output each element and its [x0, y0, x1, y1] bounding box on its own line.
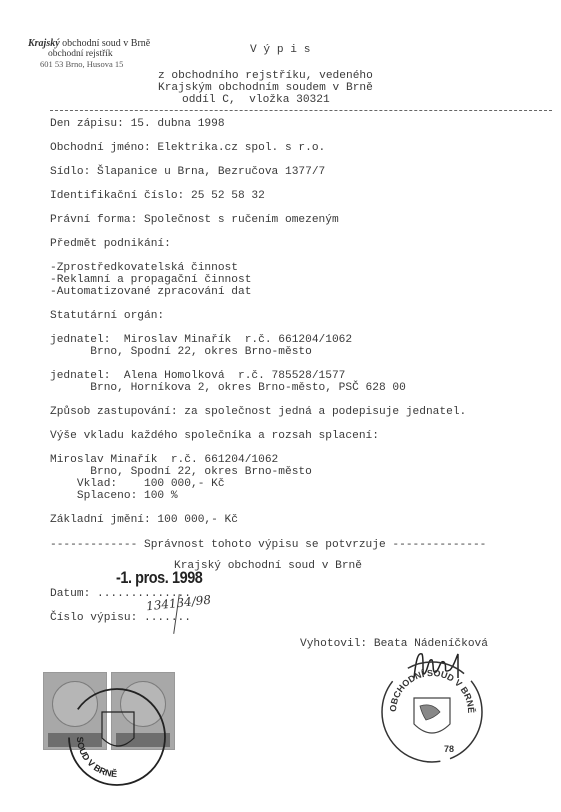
predmet-label: Předmět podnikání: [50, 238, 171, 250]
stamp-line2: obchodní rejstřík [28, 49, 150, 59]
predmet-item: -Zprostředkovatelská činnost [50, 262, 238, 274]
identifikacni-cislo: Identifikační číslo: 25 52 58 32 [50, 190, 265, 202]
seal-number: 78 [444, 744, 454, 754]
vyhotovil: Vyhotovil: Beata Nádeníčková [300, 638, 488, 650]
vyse-vkladu-label: Výše vkladu každého společníka a rozsah … [50, 430, 379, 442]
jednatel2-name: jednatel: Alena Homolková r.č. 785528/15… [50, 370, 345, 382]
zakladni-jmeni: Základní jmění: 100 000,- Kč [50, 514, 238, 526]
predmet-item: -Automatizované zpracování dat [50, 286, 251, 298]
sidlo: Sídlo: Šlapanice u Brna, Bezručova 1377/… [50, 166, 325, 178]
predmet-item: -Reklamní a propagační činnost [50, 274, 251, 286]
document-title: V ý p i s [250, 44, 310, 56]
spolecnik-name: Miroslav Minařík r.č. 661204/1062 [50, 454, 278, 466]
pravni-forma: Právní forma: Společnost s ručením omeze… [50, 214, 339, 226]
spolecnik-address: Brno, Spodní 22, okres Brno-město [50, 466, 312, 478]
header-divider [50, 110, 552, 111]
court-seal-right: OBCHODNÍ SOUD V BRNĚ 78 [378, 658, 486, 766]
den-zapisu: Den zápisu: 15. dubna 1998 [50, 118, 225, 130]
jednatel1-address: Brno, Spodní 22, okres Brno-město [50, 346, 312, 358]
stamp-line1-bold: Krajský [28, 38, 60, 49]
jednatel1-name: jednatel: Miroslav Minařík r.č. 661204/1… [50, 334, 352, 346]
court-seal-left-icon: SOUD V BRNĚ [62, 682, 172, 792]
cislo-vypisu-label: Číslo výpisu: ....... [50, 612, 191, 624]
svg-text:SOUD V BRNĚ: SOUD V BRNĚ [75, 736, 118, 779]
subtitle-line2: Krajským obchodním soudem v Brně [158, 82, 373, 94]
stamp-line1: obchodní soud v Brně [60, 38, 151, 49]
vklad: Vklad: 100 000,- Kč [50, 478, 225, 490]
obchodni-jmeno: Obchodní jméno: Elektrika.cz spol. s r.o… [50, 142, 325, 154]
splaceno: Splaceno: 100 % [50, 490, 178, 502]
subtitle-line3: oddíl C, vložka 30321 [182, 94, 330, 106]
statutarni-label: Statutární orgán: [50, 310, 164, 322]
jednatel2-address: Brno, Horníkova 2, okres Brno-město, PSČ… [50, 382, 406, 394]
subtitle-line1: z obchodního rejstříku, vedeného [158, 70, 458, 82]
court-registry-stamp: Krajský obchodní soud v Brně obchodní re… [28, 38, 150, 69]
zpusob-zastupovani: Způsob zastupování: za společnost jedná … [50, 406, 466, 418]
seal-icon: OBCHODNÍ SOUD V BRNĚ 78 [378, 658, 486, 766]
certification-line: ------------- Správnost tohoto výpisu se… [50, 539, 486, 551]
date-stamp: -1. pros. 1998 [116, 568, 202, 588]
stamp-line3: 601 53 Brno, Husova 15 [28, 59, 150, 69]
